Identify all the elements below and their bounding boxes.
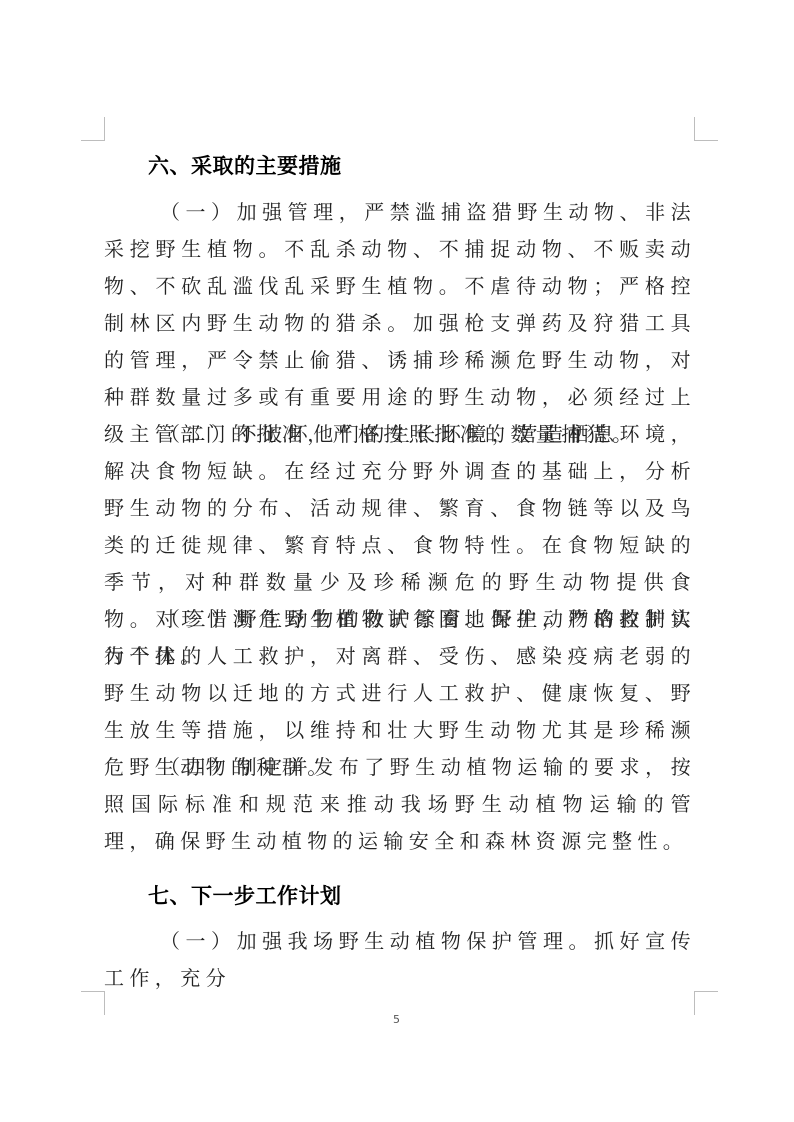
paragraph-6-1: （一）加强管理，严禁滥捕盗猎野生动物、非法采挖野生植物。不乱杀动物、不捕捉动物、… [104,194,696,453]
page-number: 5 [393,1013,400,1026]
corner-mark-top-right-h [694,140,718,141]
section-heading-6: 六、采取的主要措施 [148,150,342,180]
corner-mark-bottom-left-h [81,991,105,992]
corner-mark-top-left-h [81,140,105,141]
corner-mark-top-right-v [694,117,695,141]
corner-mark-top-left-v [104,117,105,141]
section-heading-7: 七、下一步工作计划 [148,880,342,910]
paragraph-6-4: （四）制定并发布了野生动植物运输的要求，按照国际标准和规范来推动我场野生动植物运… [104,749,696,860]
paragraph-7-1: （一）加强我场野生动植物保护管理。抓好宣传工作，充分 [104,923,696,997]
corner-mark-bottom-right-h [694,991,718,992]
